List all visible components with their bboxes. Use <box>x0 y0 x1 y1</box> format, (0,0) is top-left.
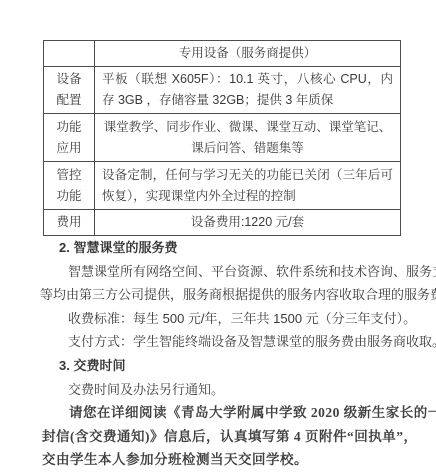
table-header-row: 专用设备（服务商提供） <box>44 41 401 67</box>
service-fee-paragraph-line-1: 智慧课堂所有网络空间、平台资源、软件系统和技术咨询、服务支持 <box>40 260 422 284</box>
row-label-fee: 费用 <box>44 210 95 236</box>
table-header-empty-cell <box>44 41 95 67</box>
row-content-functions: 课堂教学、同步作业、微课、课堂互动、课堂笔记、课后问答、错题集等 <box>95 114 401 162</box>
document-body: 2. 智慧课堂的服务费 智慧课堂所有网络空间、平台资源、软件系统和技术咨询、服务… <box>40 236 422 472</box>
row-label-control: 管控功能 <box>44 162 95 210</box>
row-content-fee: 设备费用:1220 元/套 <box>95 210 401 236</box>
row-label-functions: 功能应用 <box>44 114 95 162</box>
payment-method-line: 支付方式：学生智能终端设备及智慧课堂的服务费由服务商收取。 <box>40 330 422 354</box>
device-spec-table: 专用设备（服务商提供） 设备配置 平板（联想 X605F）：10.1 英寸，八核… <box>43 40 401 236</box>
table-row-functions: 功能应用 课堂教学、同步作业、微课、课堂互动、课堂笔记、课后问答、错题集等 <box>44 114 401 162</box>
table-row-fee: 费用 设备费用:1220 元/套 <box>44 210 401 236</box>
row-label-device-config: 设备配置 <box>44 67 95 114</box>
section-heading-pay-time: 3. 交费时间 <box>40 354 422 378</box>
service-fee-paragraph-line-2: 等均由第三方公司提供，服务商根据提供的服务内容收取合理的服务费。 <box>40 283 422 307</box>
table-header-title: 专用设备（服务商提供） <box>95 41 401 67</box>
row-content-control: 设备定制，任何与学习无关的功能已关闭（三年后可恢复），实现课堂内外全过程的控制 <box>95 162 401 210</box>
row-content-device-config: 平板（联想 X605F）：10.1 英寸，八核心 CPU，内存 3GB ，存储容… <box>95 67 401 114</box>
notice-paragraph-line-1: 请您在详细阅读《青岛大学附属中学致 2020 级新生家长的一 <box>40 401 422 425</box>
fee-standard-line: 收费标准：每生 500 元/年，三年共 1500 元（分三年支付）。 <box>40 307 422 331</box>
table-row-control: 管控功能 设备定制，任何与学习无关的功能已关闭（三年后可恢复），实现课堂内外全过… <box>44 162 401 210</box>
notice-paragraph-line-2: 封信(含交费通知)》信息后，认真填写第 4 页附件“回执单”， <box>40 425 422 449</box>
table-row-device-config: 设备配置 平板（联想 X605F）：10.1 英寸，八核心 CPU，内存 3GB… <box>44 67 401 114</box>
document-page: 专用设备（服务商提供） 设备配置 平板（联想 X605F）：10.1 英寸，八核… <box>0 0 436 473</box>
notice-paragraph-line-3: 交由学生本人参加分班检测当天交回学校。 <box>40 448 422 472</box>
section-heading-service-fee: 2. 智慧课堂的服务费 <box>40 236 422 260</box>
pay-time-note-line: 交费时间及办法另行通知。 <box>40 378 422 402</box>
